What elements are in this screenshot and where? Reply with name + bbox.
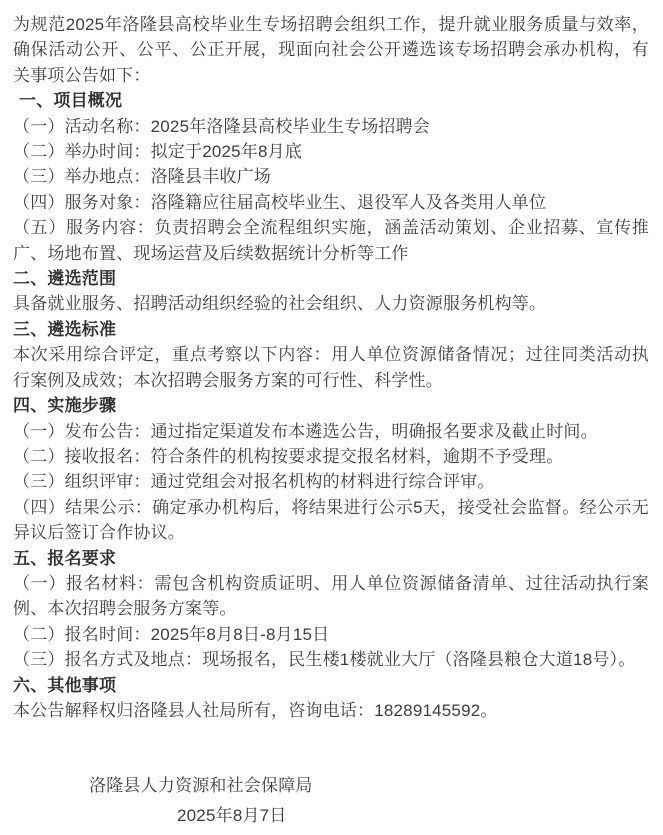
req-application-time: （二）报名时间：2025年8月8日-8月15日	[13, 622, 649, 647]
intro-paragraph: 为规范2025年洛隆县高校毕业生专场招聘会组织工作，提升就业服务质量与效率，确保…	[13, 12, 649, 88]
section-heading-selection-criteria: 三、遴选标准	[13, 317, 649, 342]
section-heading-implementation-steps: 四、实施步骤	[13, 393, 649, 418]
req-application-method-location: （三）报名方式及地点：现场报名，民生楼1楼就业大厅（洛隆县粮仓大道18号）。	[13, 647, 649, 672]
item-service-content: （五）服务内容：负责招聘会全流程组织实施，涵盖活动策划、企业招募、宣传推广、场地…	[13, 215, 649, 266]
section-heading-application-requirements: 五、报名要求	[13, 546, 649, 571]
step-publish-notice: （一）发布公告：通过指定渠道发布本遴选公告，明确报名要求及截止时间。	[13, 419, 649, 444]
step-organize-review: （三）组织评审：通过党组会对报名机构的材料进行综合评审。	[13, 469, 649, 494]
signature-organization: 洛隆县人力资源和社会保障局	[13, 771, 649, 801]
selection-scope-text: 具备就业服务、招聘活动组织经验的社会组织、人力资源服务机构等。	[13, 291, 649, 316]
selection-criteria-text: 本次采用综合评定，重点考察以下内容：用人单位资源储备情况；过往同类活动执行案例及…	[13, 342, 649, 393]
other-matters-text: 本公告解释权归洛隆县人社局所有，咨询电话：18289145592。	[13, 698, 649, 723]
step-receive-applications: （二）接收报名：符合条件的机构按要求提交报名材料，逾期不予受理。	[13, 444, 649, 469]
item-event-time: （二）举办时间：拟定于2025年8月底	[13, 139, 649, 164]
item-service-target: （四）服务对象：洛隆籍应往届高校毕业生、退役军人及各类用人单位	[13, 190, 649, 215]
item-activity-name: （一）活动名称：2025年洛隆县高校毕业生专场招聘会	[13, 114, 649, 139]
signature-block: 洛隆县人力资源和社会保障局 2025年8月7日	[13, 771, 649, 831]
section-heading-other-matters: 六、其他事项	[13, 673, 649, 698]
announcement-document: 为规范2025年洛隆县高校毕业生专场招聘会组织工作，提升就业服务质量与效率，确保…	[0, 0, 663, 835]
section-heading-project-overview: 一、项目概况	[13, 88, 649, 113]
section-heading-selection-scope: 二、遴选范围	[13, 266, 649, 291]
req-application-materials: （一）报名材料：需包含机构资质证明、用人单位资源储备清单、过往活动执行案例、本次…	[13, 571, 649, 622]
signature-date: 2025年8月7日	[13, 801, 649, 831]
step-publicize-results: （四）结果公示：确定承办机构后，将结果进行公示5天，接受社会监督。经公示无异议后…	[13, 495, 649, 546]
item-event-location: （三）举办地点：洛隆县丰收广场	[13, 164, 649, 189]
